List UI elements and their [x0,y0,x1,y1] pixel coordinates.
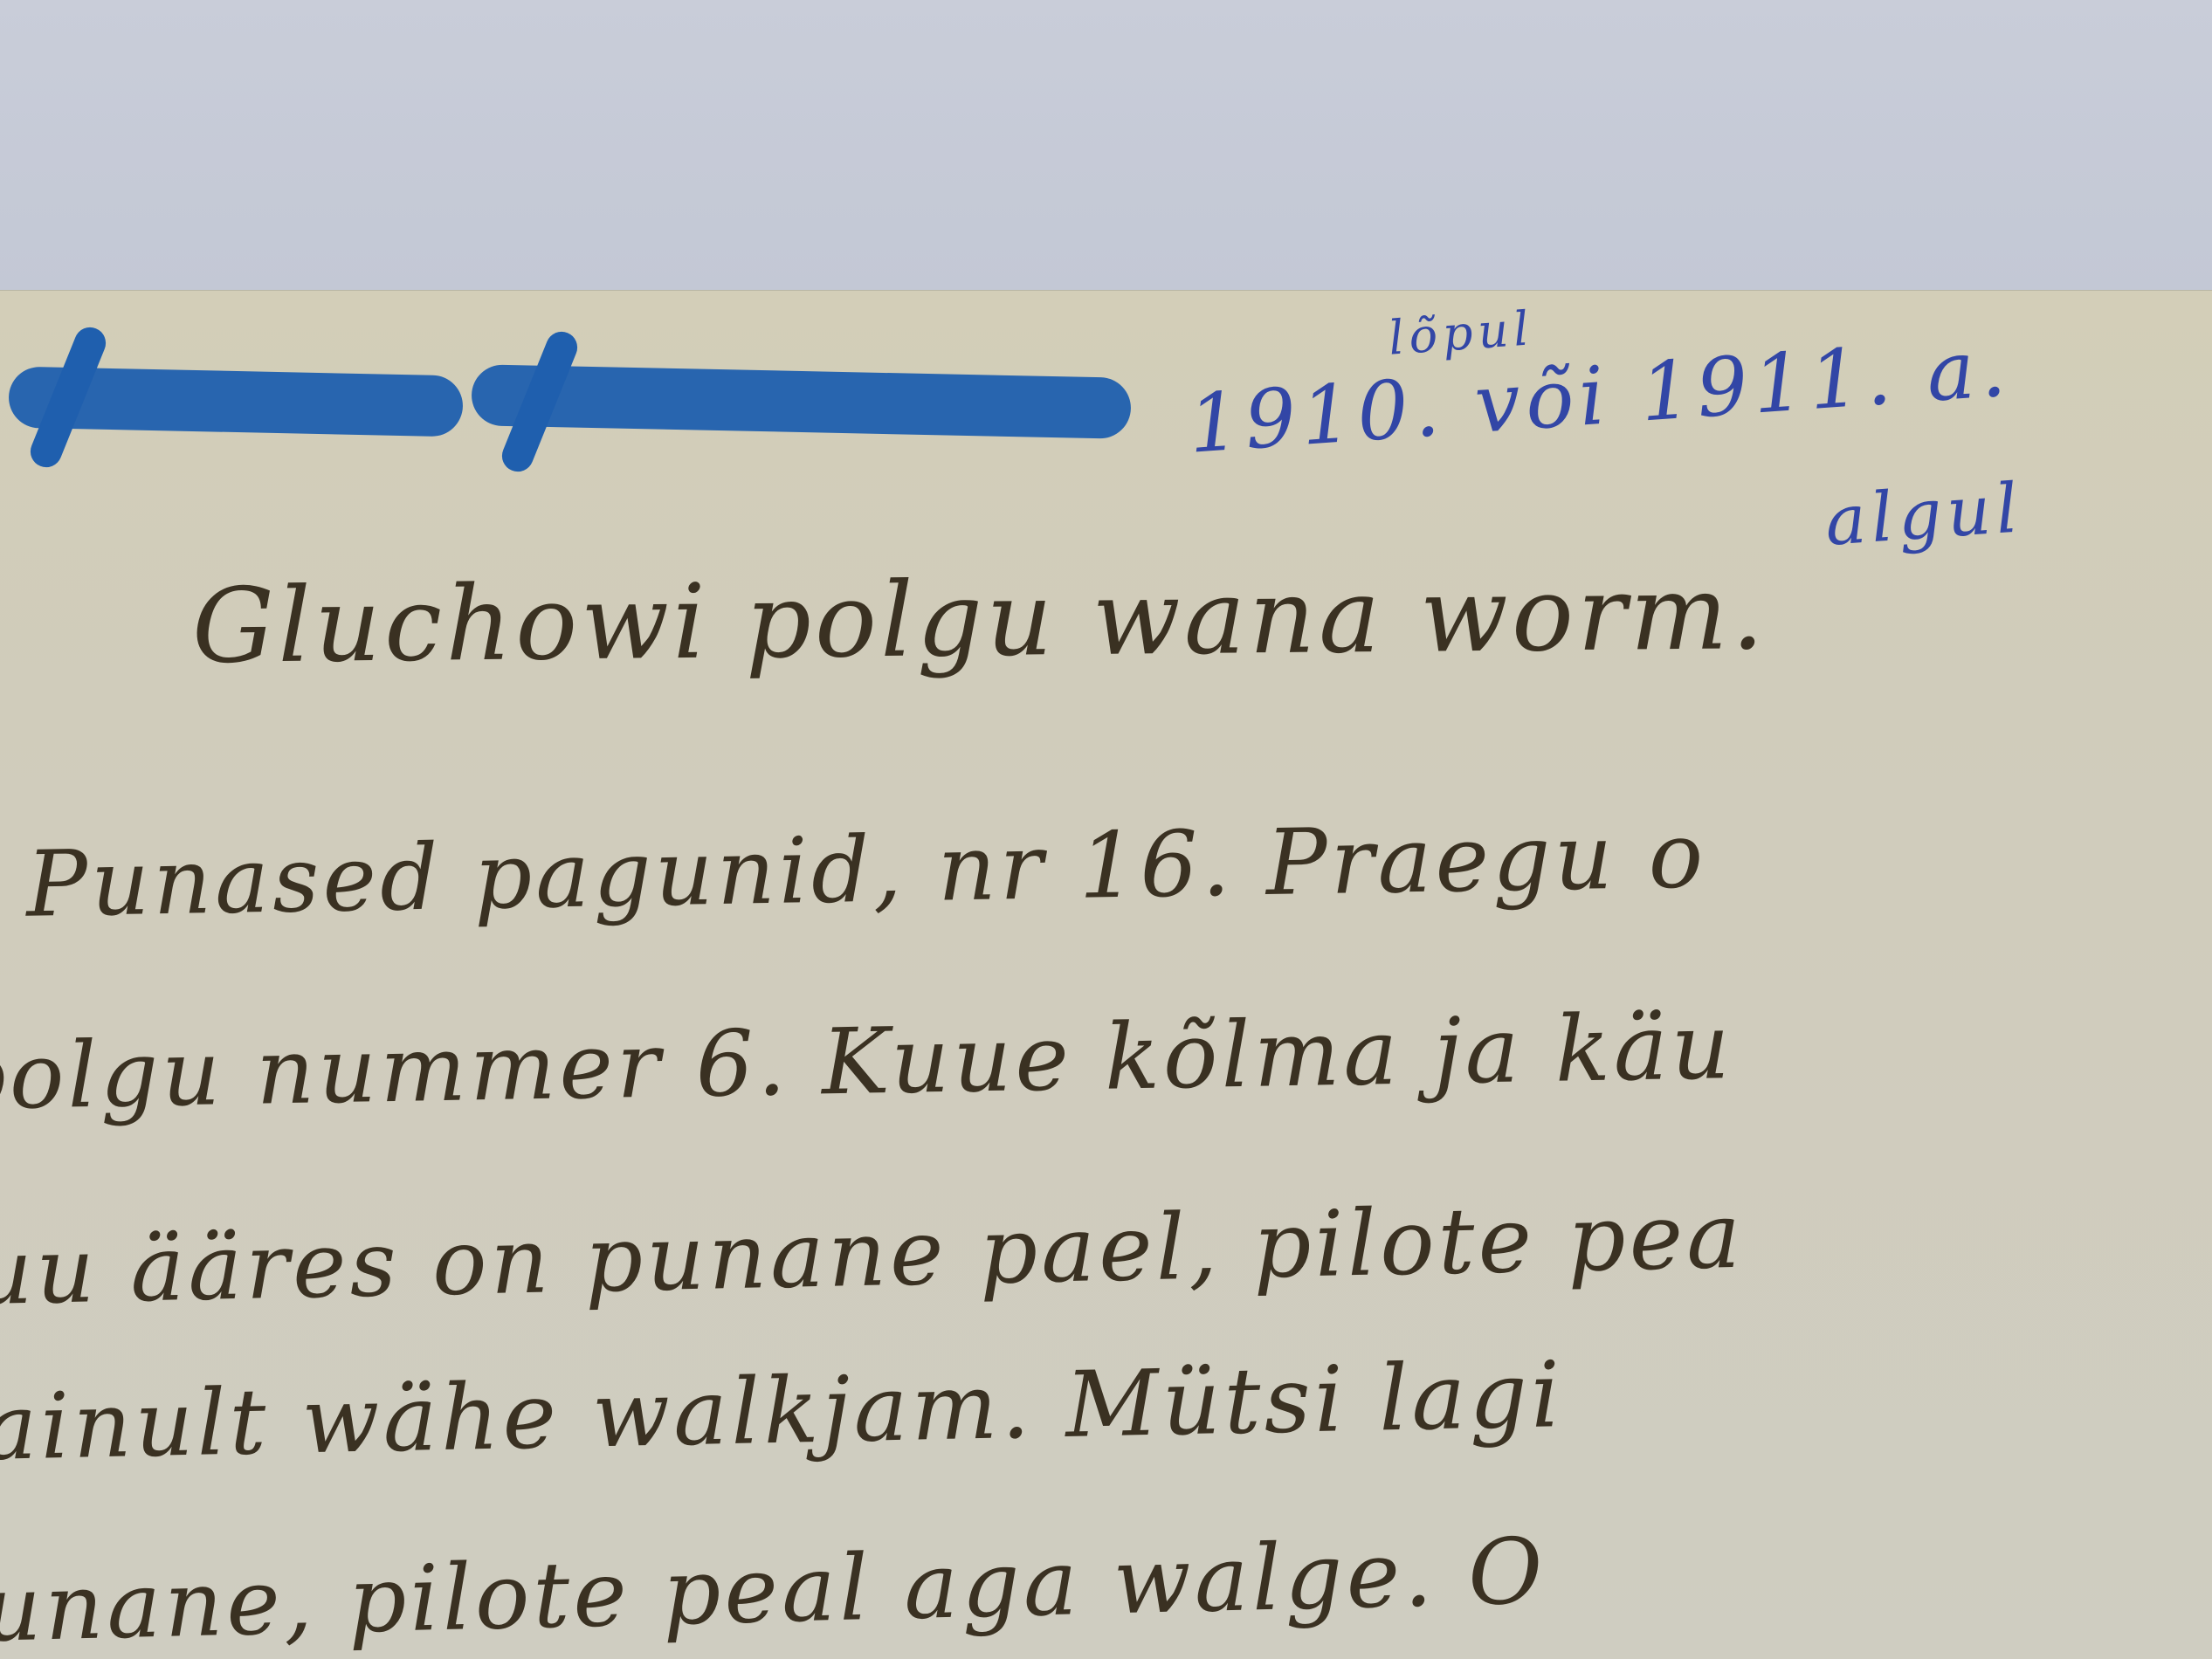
annotation-below: algul [1823,469,2025,561]
background-surface [0,0,2212,293]
document-heading: Gluchowi polgu wana worm. [191,552,1768,686]
